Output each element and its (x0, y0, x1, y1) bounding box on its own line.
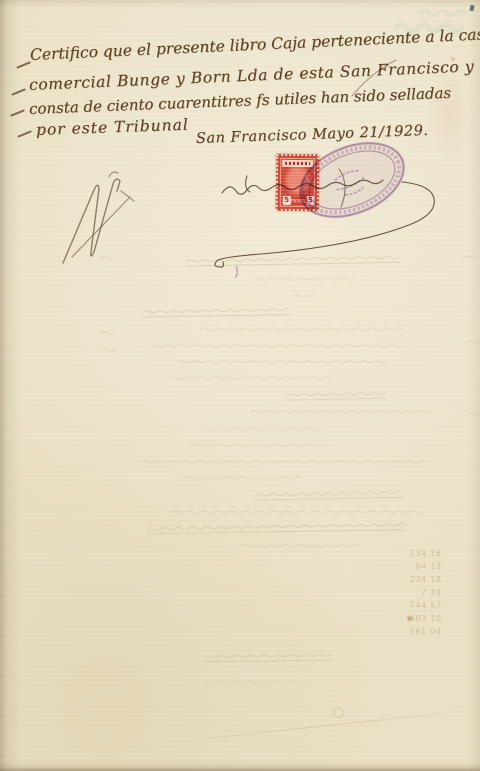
ghost-number: 234 18 (396, 575, 442, 584)
ghost-line (178, 361, 388, 363)
ghost-line (240, 545, 359, 547)
ghost-line (255, 491, 402, 496)
certification-line-1: Certifico que el presente libro Caja per… (30, 25, 480, 64)
ghost-underline (255, 497, 403, 500)
revenue-stamp-header-marks (285, 162, 310, 165)
ghost-underline (147, 529, 405, 534)
ghost-line (170, 377, 331, 379)
ghost-number: 161 04 (396, 627, 442, 636)
foxing-spot (406, 615, 413, 622)
ghost-underline (205, 660, 331, 662)
ghost-line (200, 328, 403, 330)
stamp-value-word: PESOS (291, 197, 307, 202)
ghost-line (190, 444, 330, 446)
ink-speck (469, 5, 474, 12)
seal-center-marks (332, 168, 368, 199)
ghost-number: 7 24 (396, 588, 442, 597)
certification-line-4: por este Tribunal (36, 116, 189, 139)
ghost-number: 84 13 (396, 562, 442, 571)
ghost-number: 134 16 (396, 549, 442, 558)
ghost-line (183, 477, 302, 479)
margin-dash (11, 88, 25, 95)
margin-dash (10, 109, 24, 116)
ghost-underline (187, 262, 400, 266)
ghost-line (205, 654, 331, 658)
ghost-line (420, 11, 465, 16)
ghost-underline (143, 314, 291, 317)
document-page: 134 1684 13234 187 24744 57403 10161 04 … (0, 0, 480, 771)
margin-rubric (63, 172, 134, 263)
paper-stain (428, 66, 472, 162)
ghost-number: 403 10 (396, 614, 442, 623)
page-bottom-edge (0, 767, 480, 771)
ghost-line (150, 345, 402, 347)
stamp-value-right: 5 (306, 196, 314, 205)
ghost-line (187, 256, 397, 262)
revenue-stamp-header-band (282, 160, 313, 167)
ghost-line (143, 308, 290, 313)
ghost-line (250, 411, 432, 413)
revenue-stamp-engraving: 5 PESOS 5 (280, 158, 316, 207)
ghost-line (468, 413, 480, 415)
violet-tick (235, 266, 237, 278)
stamp-value-left: 5 (283, 195, 291, 204)
margin-dash (16, 61, 30, 68)
ghost-line (172, 511, 424, 513)
ghost-line (100, 257, 114, 259)
ghost-line (205, 682, 303, 684)
margin-dash (17, 130, 31, 137)
paper-crease (139, 707, 480, 746)
foxing-spot (333, 707, 344, 718)
ghost-line (287, 392, 385, 396)
ghost-line (463, 256, 477, 258)
ghost-line (255, 278, 353, 280)
ghost-line (140, 461, 427, 463)
ghost-line (205, 428, 324, 430)
ghost-line (466, 341, 480, 343)
ghost-line (101, 349, 115, 351)
revenue-stamp: 5 PESOS 5 (276, 154, 320, 211)
ghost-line (147, 523, 406, 530)
ghost-number: 744 57 (396, 601, 442, 610)
revenue-stamp-value-band: 5 PESOS 5 (282, 195, 313, 205)
ghost-line (293, 295, 314, 297)
ghost-underline (287, 398, 385, 400)
ghost-line (100, 332, 114, 334)
dateline: San Francisco Mayo 21/1929. (196, 123, 429, 147)
foxing-spot (451, 57, 455, 61)
